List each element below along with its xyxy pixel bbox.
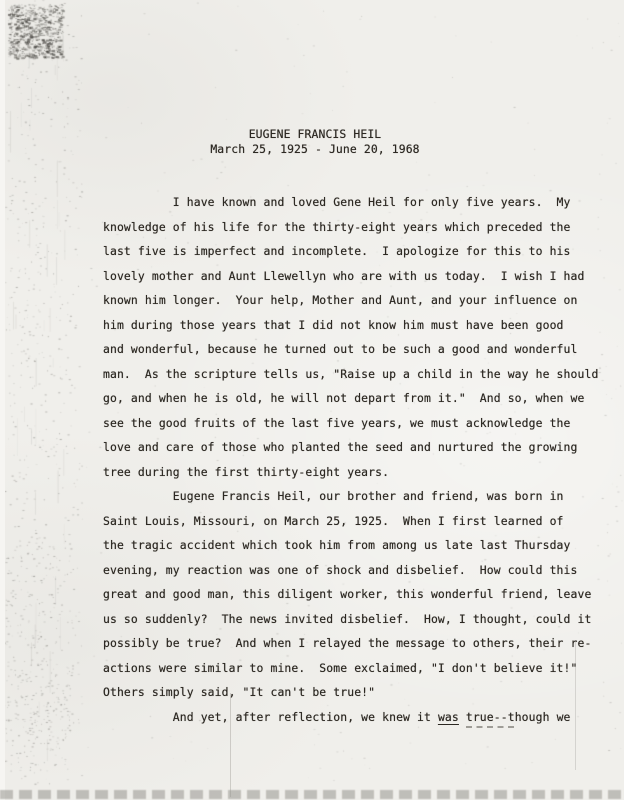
typed-line: love and care of those who planted the s… <box>103 435 598 460</box>
scan-left-edge <box>0 0 5 800</box>
title-dates-line: March 25, 1925 - June 20, 1968 <box>3 142 624 157</box>
typed-line: Eugene Francis Heil, our brother and fri… <box>103 484 598 509</box>
document-body: I have known and loved Gene Heil for onl… <box>103 190 598 729</box>
typed-line: knowledge of his life for the thirty-eig… <box>103 215 598 240</box>
typed-text: true--though we <box>459 710 571 724</box>
typed-line: him during those years that I did not kn… <box>103 313 598 338</box>
document-title-block: EUGENE FRANCIS HEIL March 25, 1925 - Jun… <box>3 127 624 157</box>
typed-line: great and good man, this diligent worker… <box>103 582 598 607</box>
scanned-document-page: EUGENE FRANCIS HEIL March 25, 1925 - Jun… <box>0 0 624 800</box>
typed-line: Saint Louis, Missouri, on March 25, 1925… <box>103 509 598 534</box>
typed-line: and wonderful, because he turned out to … <box>103 337 598 362</box>
typed-line: lovely mother and Aunt Llewellyn who are… <box>103 264 598 289</box>
typed-line: possibly be true? And when I relayed the… <box>103 631 598 656</box>
typed-line: last five is imperfect and incomplete. I… <box>103 239 598 264</box>
typed-line: us so suddenly? The news invited disbeli… <box>103 607 598 632</box>
typed-line: evening, my reaction was one of shock an… <box>103 558 598 583</box>
typed-line: see the good fruits of the last five yea… <box>103 411 598 436</box>
typed-line: tree during the first thirty-eight years… <box>103 460 598 485</box>
underlined-word: was <box>438 710 459 724</box>
scan-edge-band <box>0 790 624 799</box>
typed-line: the tragic accident which took him from … <box>103 533 598 558</box>
typed-line: go, and when he is old, he will not depa… <box>103 386 598 411</box>
typewriter-dash-artifact <box>466 726 514 728</box>
typed-text: And yet, after reflection, we knew it <box>103 710 438 724</box>
typed-line: I have known and loved Gene Heil for onl… <box>103 190 598 215</box>
title-name-line: EUGENE FRANCIS HEIL <box>3 127 624 142</box>
typed-line: Others simply said, "It can't be true!" <box>103 680 598 705</box>
typed-line: known him longer. Your help, Mother and … <box>103 288 598 313</box>
typed-line: actions were similar to mine. Some excla… <box>103 656 598 681</box>
typed-line: man. As the scripture tells us, "Raise u… <box>103 362 598 387</box>
typed-line: And yet, after reflection, we knew it wa… <box>103 705 598 730</box>
